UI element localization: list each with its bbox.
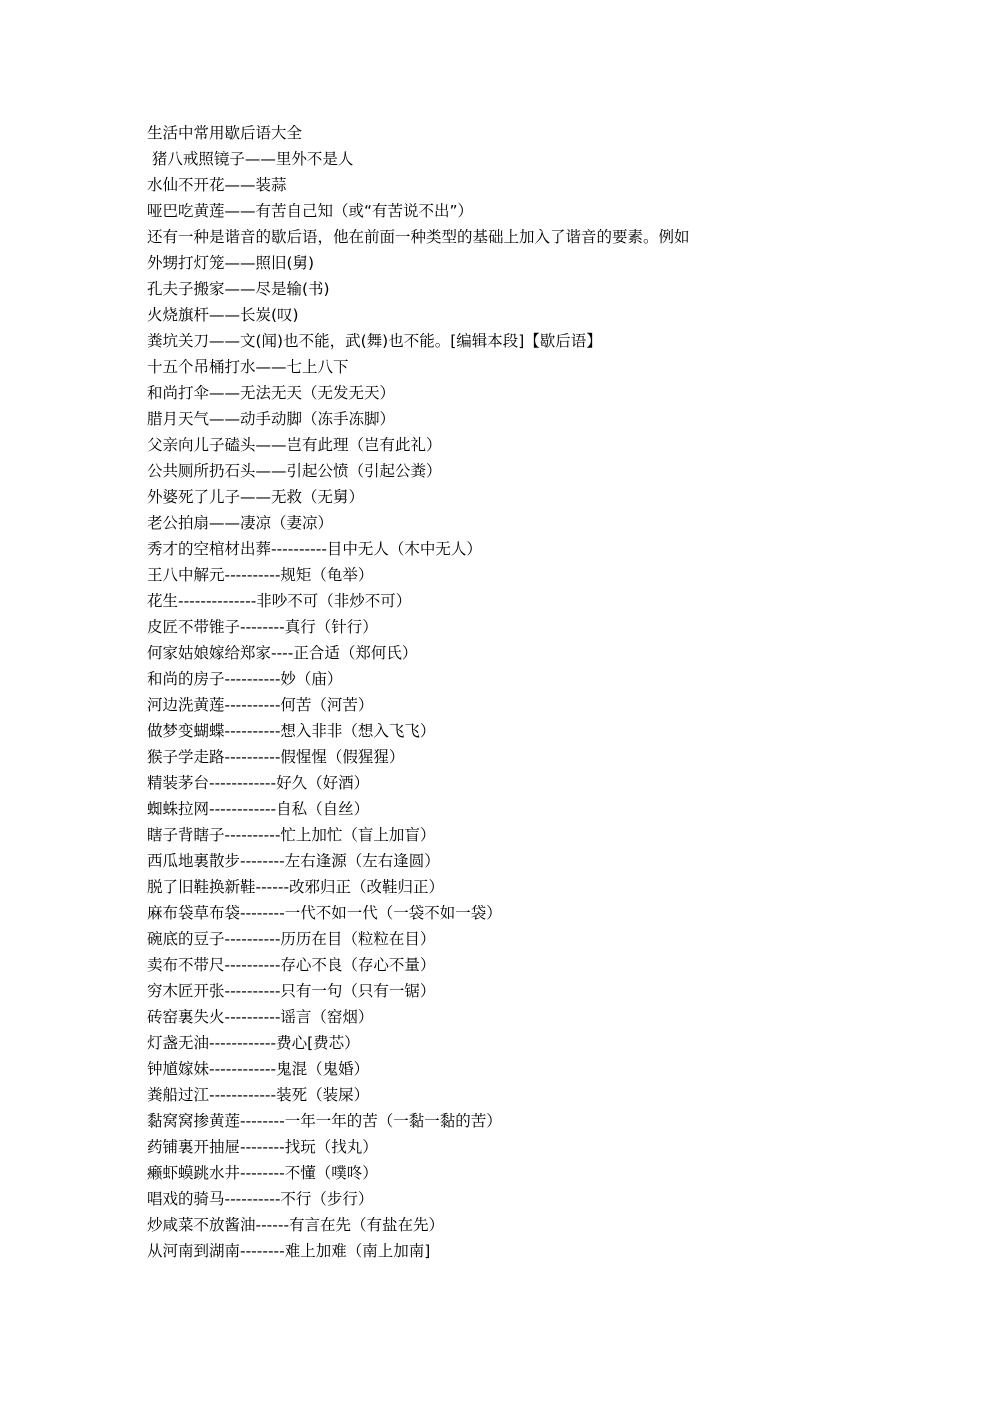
text-line: 精装茅台------------好久（好酒） [147,770,907,796]
text-line: 父亲向儿子磕头——岂有此理（岂有此礼） [147,432,907,458]
text-line: 猪八戒照镜子——里外不是人 [147,146,907,172]
text-line: 砖窑裏失火----------谣言（窑烟） [147,1004,907,1030]
text-line: 十五个吊桶打水——七上八下 [147,354,907,380]
text-line: 火烧旗杆——长炭(叹) [147,302,907,328]
text-line: 腊月天气——动手动脚（冻手冻脚） [147,406,907,432]
text-line: 公共厕所扔石头——引起公愤（引起公粪） [147,458,907,484]
text-line: 老公拍扇——凄凉（妻凉） [147,510,907,536]
text-line: 炒咸菜不放酱油------有言在先（有盐在先） [147,1212,907,1238]
text-line: 秀才的空棺材出葬----------目中无人（木中无人） [147,536,907,562]
text-line: 外婆死了儿子——无救（无舅） [147,484,907,510]
text-line: 何家姑娘嫁给郑家----正合适（郑何氏） [147,640,907,666]
document-title: 生活中常用歇后语大全 [147,120,907,146]
text-line: 做梦变蝴蝶----------想入非非（想入飞飞） [147,718,907,744]
text-line: 粪坑关刀——文(闻)也不能，武(舞)也不能。[编辑本段]【歇后语】 [147,328,907,354]
text-line: 灯盏无油------------费心[费芯） [147,1030,907,1056]
text-line: 瞎子背瞎子----------忙上加忙（盲上加盲） [147,822,907,848]
text-line: 钟馗嫁妹------------鬼混（鬼婚） [147,1056,907,1082]
text-line: 唱戏的骑马----------不行（步行） [147,1186,907,1212]
text-line: 麻布袋草布袋--------一代不如一代（一袋不如一袋） [147,900,907,926]
text-line: 猴子学走路----------假惺惺（假猩猩） [147,744,907,770]
text-line: 花生--------------非吵不可（非炒不可） [147,588,907,614]
text-line: 卖布不带尺----------存心不良（存心不量） [147,952,907,978]
text-line: 脱了旧鞋换新鞋------改邪归正（改鞋归正） [147,874,907,900]
text-line: 穷木匠开张----------只有一句（只有一锯） [147,978,907,1004]
text-line: 和尚的房子----------妙（庙） [147,666,907,692]
text-line: 外甥打灯笼——照旧(舅) [147,250,907,276]
text-line: 水仙不开花——装蒜 [147,172,907,198]
text-line: 还有一种是谐音的歇后语，他在前面一种类型的基础上加入了谐音的要素。例如 [147,224,907,250]
document-page: 生活中常用歇后语大全 猪八戒照镜子——里外不是人 水仙不开花——装蒜 哑巴吃黄莲… [147,120,907,1264]
text-line: 河边洗黄莲----------何苦（河苦） [147,692,907,718]
text-line: 和尚打伞——无法无天（无发无天） [147,380,907,406]
text-line: 哑巴吃黄莲——有苦自己知（或“有苦说不出”） [147,198,907,224]
text-line: 药铺裏开抽屉--------找玩（找丸） [147,1134,907,1160]
text-line: 黏窝窝掺黄莲--------一年一年的苦（一黏一黏的苦） [147,1108,907,1134]
text-line: 皮匠不带锥子--------真行（针行） [147,614,907,640]
text-line: 癞虾蟆跳水井--------不懂（噗咚） [147,1160,907,1186]
text-line: 孔夫子搬家——尽是输(书) [147,276,907,302]
text-line: 王八中解元----------规矩（龟举） [147,562,907,588]
text-line: 蜘蛛拉网------------自私（自丝） [147,796,907,822]
text-line: 西瓜地裏散步--------左右逢源（左右逢圆） [147,848,907,874]
text-line: 碗底的豆子----------历历在目（粒粒在目） [147,926,907,952]
text-line: 从河南到湖南--------难上加难（南上加南] [147,1238,907,1264]
text-line: 粪船过江------------装死（装屎） [147,1082,907,1108]
